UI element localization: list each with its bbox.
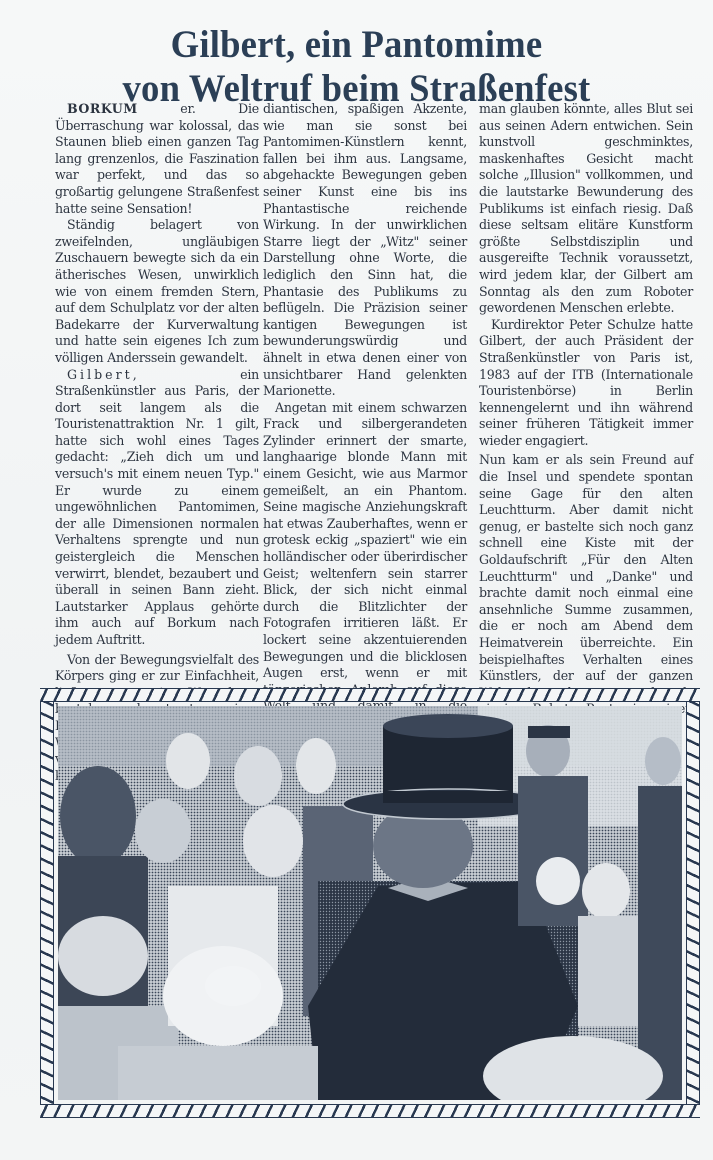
spaced-name: Gilbert, <box>67 367 140 382</box>
halftone-photo-illustration <box>58 706 682 1100</box>
article-headline: Gilbert, ein Pantomime von Weltruf beim … <box>0 23 713 111</box>
author-initials: er. <box>180 101 195 116</box>
newspaper-clipping: Gilbert, ein Pantomime von Weltruf beim … <box>0 0 713 1160</box>
article-column-1: BORKUM er. Die Überraschung war kolossal… <box>55 101 259 784</box>
paragraph: BORKUM er. Die Überraschung war kolossal… <box>55 101 259 217</box>
paragraph: Gilbert, ein Straßenkünstler aus Paris, … <box>55 367 259 649</box>
paragraph-text: Die Überraschung war kolossal, das Staun… <box>55 101 259 216</box>
paragraph: Kurdirektor Peter Schulze hatte Gilbert,… <box>479 317 693 450</box>
paragraph: Angetan mit einem schwarzen Frack und si… <box>263 400 467 732</box>
rope-border-left <box>40 702 54 1104</box>
article-photo <box>58 706 682 1100</box>
rope-border-bottom <box>40 1104 700 1118</box>
paragraph-text: ein Straßenkünstler aus Paris, der dort … <box>55 367 259 648</box>
rope-border-right <box>686 702 700 1104</box>
article-body: BORKUM er. Die Überraschung war kolossal… <box>55 101 705 687</box>
dateline: BORKUM <box>67 101 138 116</box>
photo-frame <box>40 688 700 1118</box>
headline-line-1: Gilbert, ein Pantomime <box>21 23 691 67</box>
rope-border-top <box>40 688 700 702</box>
paragraph: diantischen, spaßigen Akzente, wie man s… <box>263 101 467 400</box>
article-column-2: diantischen, spaßigen Akzente, wie man s… <box>263 101 467 781</box>
paragraph: man glauben könnte, alles Blut sei aus s… <box>479 101 693 317</box>
paragraph: Ständig belagert von zweifelnden, ungläu… <box>55 217 259 366</box>
article-column-3: man glauben könnte, alles Blut sei aus s… <box>479 101 693 735</box>
